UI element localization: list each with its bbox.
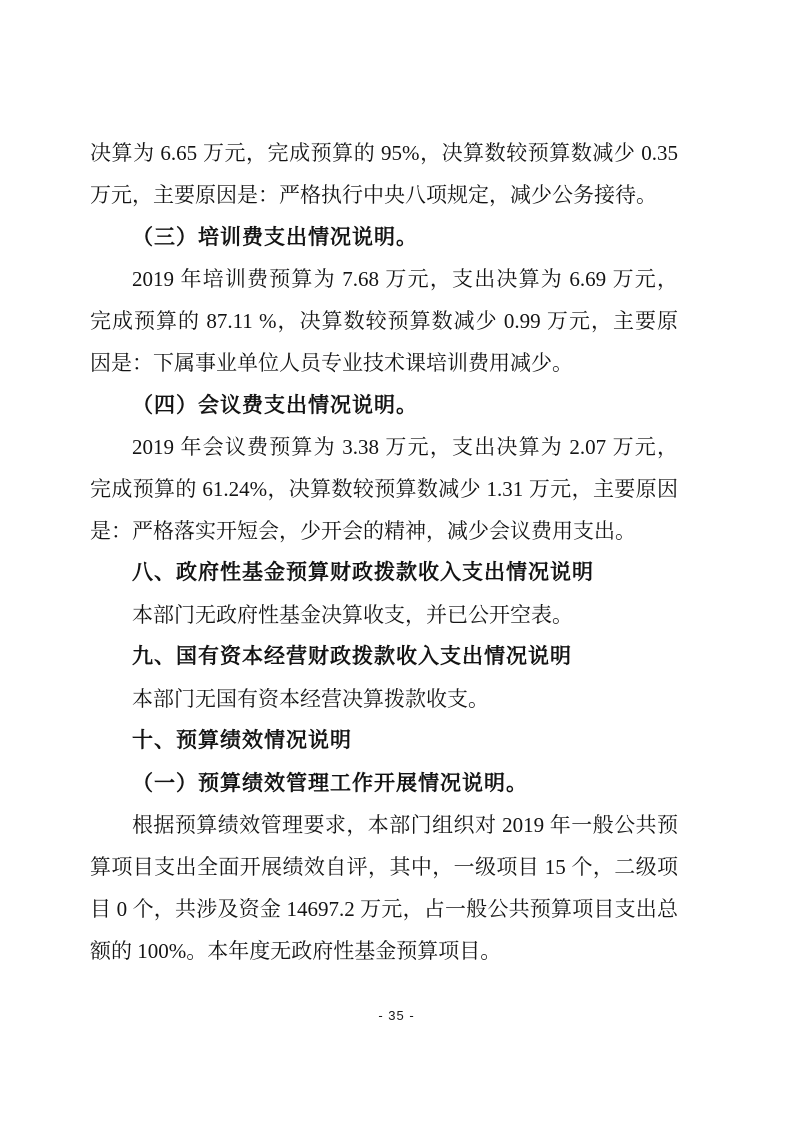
paragraph-line: 额的 100%。本年度无政府性基金预算项目。 — [90, 930, 678, 972]
paragraph-line: 决算为 6.65 万元，完成预算的 95%，决算数较预算数减少 0.35 — [90, 132, 678, 174]
heading-meeting-expense: （四）会议费支出情况说明。 — [90, 384, 678, 426]
paragraph-line: 完成预算的 87.11 %，决算数较预算数减少 0.99 万元，主要原 — [90, 300, 678, 342]
paragraph-line: 是：严格落实开短会，少开会的精神，减少会议费用支出。 — [90, 510, 678, 552]
page-number: - 35 - — [0, 1008, 793, 1023]
document-page: 决算为 6.65 万元，完成预算的 95%，决算数较预算数减少 0.35 万元，… — [0, 0, 793, 1122]
paragraph-line: 2019 年会议费预算为 3.38 万元，支出决算为 2.07 万元， — [90, 426, 678, 468]
paragraph-line: 2019 年培训费预算为 7.68 万元，支出决算为 6.69 万元， — [90, 258, 678, 300]
heading-gov-fund-section: 八、政府性基金预算财政拨款收入支出情况说明 — [90, 552, 678, 594]
paragraph-line: 根据预算绩效管理要求，本部门组织对 2019 年一般公共预 — [90, 804, 678, 846]
heading-state-capital-section: 九、国有资本经营财政拨款收入支出情况说明 — [90, 636, 678, 678]
paragraph-line: 算项目支出全面开展绩效自评，其中，一级项目 15 个，二级项 — [90, 846, 678, 888]
paragraph-line: 因是：下属事业单位人员专业技术课培训费用减少。 — [90, 342, 678, 384]
paragraph-line: 本部门无国有资本经营决算拨款收支。 — [90, 678, 678, 720]
paragraph-line: 本部门无政府性基金决算收支，并已公开空表。 — [90, 594, 678, 636]
paragraph-line: 完成预算的 61.24%，决算数较预算数减少 1.31 万元，主要原因 — [90, 468, 678, 510]
heading-training-expense: （三）培训费支出情况说明。 — [90, 216, 678, 258]
document-body: 决算为 6.65 万元，完成预算的 95%，决算数较预算数减少 0.35 万元，… — [90, 132, 678, 972]
heading-performance-management: （一）预算绩效管理工作开展情况说明。 — [90, 762, 678, 804]
paragraph-line: 万元，主要原因是：严格执行中央八项规定，减少公务接待。 — [90, 174, 678, 216]
heading-budget-performance-section: 十、预算绩效情况说明 — [90, 720, 678, 762]
paragraph-line: 目 0 个，共涉及资金 14697.2 万元，占一般公共预算项目支出总 — [90, 888, 678, 930]
